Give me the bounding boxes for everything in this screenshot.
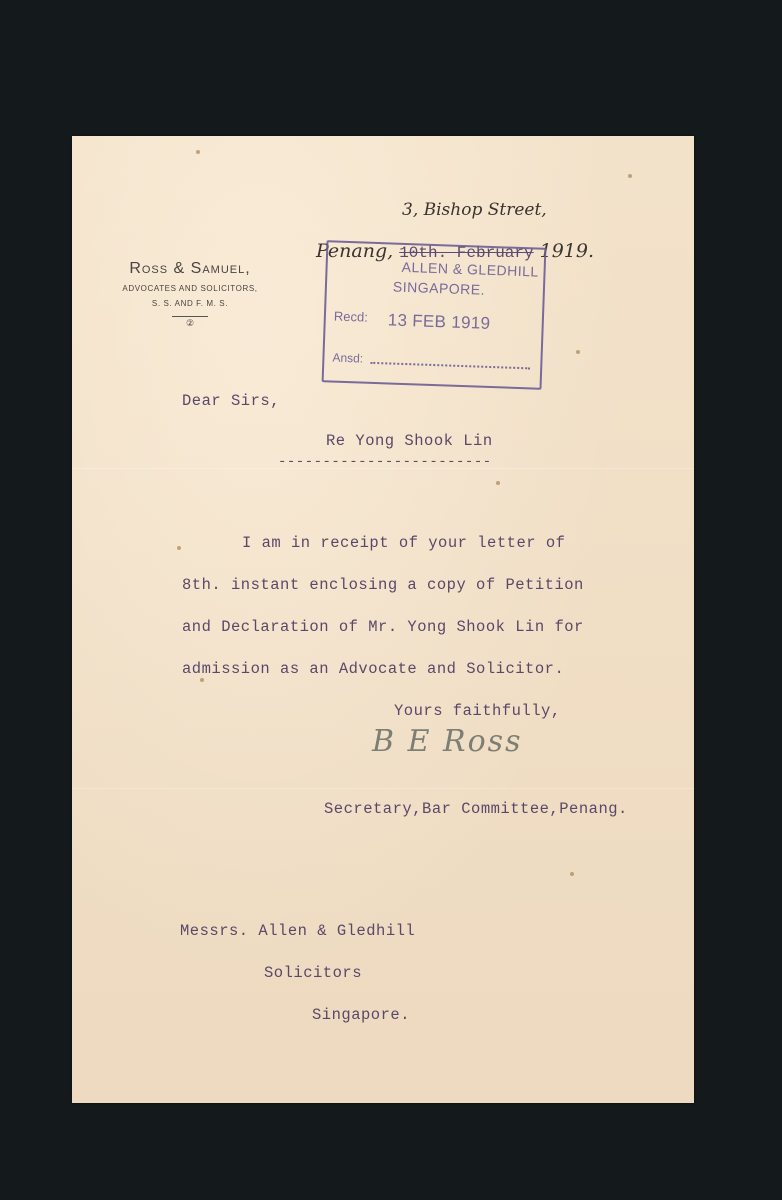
- stamp-recd-date: 13 FEB 1919: [387, 310, 490, 334]
- body-line: admission as an Advocate and Solicitor.: [182, 660, 564, 678]
- salutation: Dear Sirs,: [182, 392, 280, 410]
- signature: B E Ross: [372, 724, 522, 759]
- subject-line: Re Yong Shook Lin: [326, 432, 493, 450]
- stamp-recd-label: Recd:: [334, 309, 368, 325]
- stamp-ansd-label: Ansd:: [332, 350, 363, 365]
- foxing-spot: [200, 678, 204, 682]
- foxing-spot: [628, 174, 632, 178]
- recipient-name: Messrs. Allen & Gledhill: [180, 922, 415, 940]
- signatory-title: Secretary,Bar Committee,Penang.: [324, 800, 628, 818]
- foxing-spot: [177, 546, 181, 550]
- letterhead: Ross & Samuel, ADVOCATES AND SOLICITORS,…: [90, 260, 290, 329]
- firm-jurisdiction: S. S. AND F. M. S.: [90, 299, 290, 308]
- recipient-city: Singapore.: [312, 1006, 410, 1024]
- stamp-ansd-line: [370, 362, 530, 370]
- letterhead-rule: [172, 316, 208, 317]
- foxing-spot: [496, 481, 500, 485]
- letter-paper: 3, Bishop Street, Ross & Samuel, ADVOCAT…: [72, 136, 694, 1103]
- firm-profession: ADVOCATES AND SOLICITORS,: [90, 284, 290, 293]
- foxing-spot: [576, 350, 580, 354]
- foxing-spot: [570, 872, 574, 876]
- foxing-spot: [196, 150, 200, 154]
- closing: Yours faithfully,: [394, 702, 561, 720]
- date-year: 1919.: [540, 240, 594, 262]
- firm-name: Ross & Samuel,: [90, 260, 290, 278]
- stamp-city: SINGAPORE.: [393, 279, 486, 298]
- page-number: ②: [90, 318, 290, 329]
- subject-underline: ------------------------: [278, 454, 492, 470]
- stamp-firm: ALLEN & GLEDHILL: [401, 259, 539, 280]
- recipient-profession: Solicitors: [264, 964, 362, 982]
- body-line: I am in receipt of your letter of: [242, 534, 565, 552]
- received-stamp: ALLEN & GLEDHILL SINGAPORE. Recd: 13 FEB…: [322, 240, 547, 390]
- body-line: and Declaration of Mr. Yong Shook Lin fo…: [182, 618, 584, 636]
- body-line: 8th. instant enclosing a copy of Petitio…: [182, 576, 584, 594]
- sender-address: 3, Bishop Street,: [402, 200, 547, 220]
- fold-line: [72, 788, 694, 789]
